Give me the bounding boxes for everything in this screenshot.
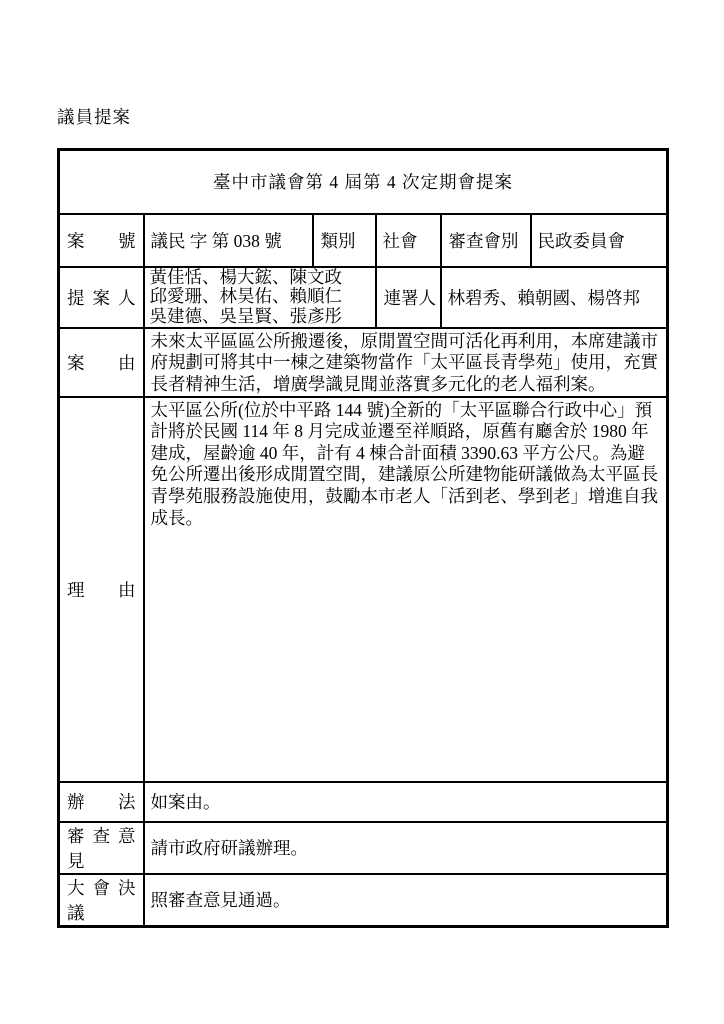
resolution-row: 大會決議 照審查意見通過。 [59,874,668,927]
review-committee-label: 審查會別 [441,214,531,267]
category-value: 社會 [376,214,441,267]
case-number-label: 案 號 [59,214,144,267]
method-value: 如案由。 [144,782,668,822]
document-type-label: 議員提案 [57,104,131,129]
method-row: 辦 法 如案由。 [59,782,668,822]
review-opinion-value: 請市政府研議辦理。 [144,822,668,874]
resolution-value: 照審查意見通過。 [144,874,668,927]
cosigners-value: 林碧秀、賴朝國、楊啓邦 [441,267,668,328]
review-opinion-row: 審查意見 請市政府研議辦理。 [59,822,668,874]
subject-label: 案 由 [59,328,144,397]
table-title: 臺中市議會第 4 屆第 4 次定期會提案 [59,150,668,214]
case-number-row: 案 號 議民 字 第 038 號 類別 社會 審查會別 民政委員會 [59,214,668,267]
proposers-label: 提 案 人 [59,267,144,328]
proposal-table: 臺中市議會第 4 屆第 4 次定期會提案 案 號 議民 字 第 038 號 類別… [57,148,669,928]
proposers-value: 黃佳恬、楊大鋐、陳文政 邱愛珊、林昊佑、賴順仁 吳建德、吳呈賢、張彥彤 [144,267,376,328]
document-page: 議員提案 臺中市議會第 4 屆第 4 次定期會提案 案 號 議民 字 第 038… [0,0,724,1024]
subject-row: 案 由 未來太平區區公所搬遷後，原閒置空間可活化再利用，本席建議市府規劃可將其中… [59,328,668,397]
review-opinion-label: 審查意見 [59,822,144,874]
case-number-value: 議民 字 第 038 號 [144,214,313,267]
reason-row: 理 由 太平區公所(位於中平路 144 號)全新的「太平區聯合行政中心」預計將於… [59,397,668,782]
reason-value: 太平區公所(位於中平路 144 號)全新的「太平區聯合行政中心」預計將於民國 1… [144,397,668,782]
cosigners-label: 連署人 [376,267,441,328]
reason-label: 理 由 [59,397,144,782]
title-row: 臺中市議會第 4 屆第 4 次定期會提案 [59,150,668,214]
proposer-row: 提 案 人 黃佳恬、楊大鋐、陳文政 邱愛珊、林昊佑、賴順仁 吳建德、吳呈賢、張彥… [59,267,668,328]
review-committee-value: 民政委員會 [531,214,668,267]
category-label: 類別 [313,214,376,267]
subject-value: 未來太平區區公所搬遷後，原閒置空間可活化再利用，本席建議市府規劃可將其中一棟之建… [144,328,668,397]
method-label: 辦 法 [59,782,144,822]
resolution-label: 大會決議 [59,874,144,927]
